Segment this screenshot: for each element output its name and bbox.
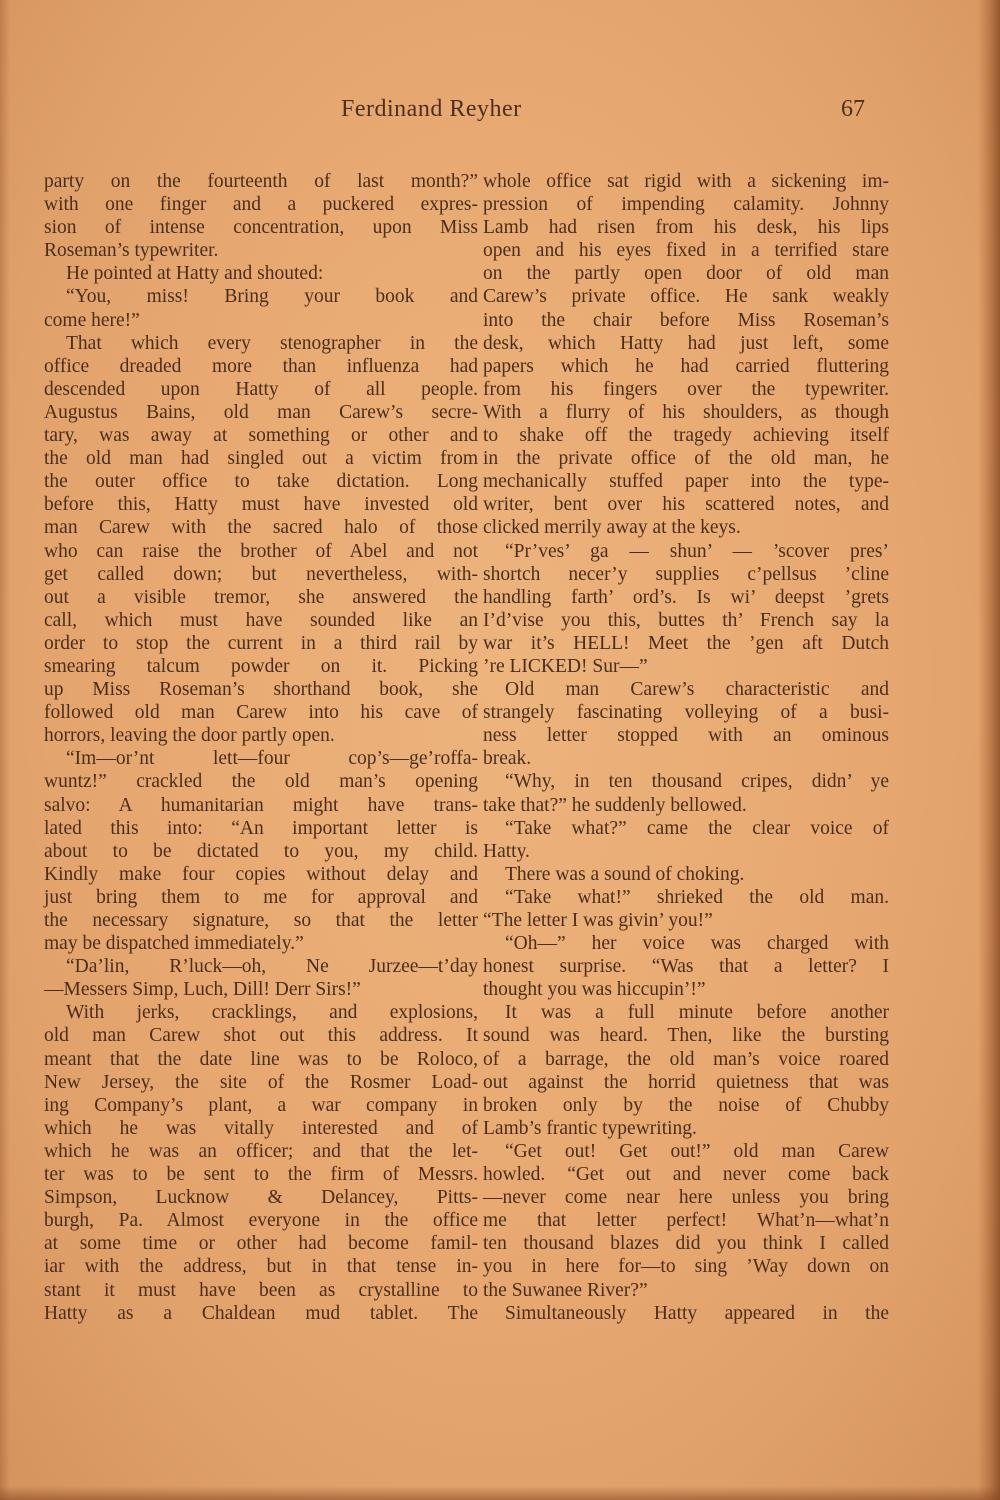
- text-line: whole office sat rigid with a sickening …: [483, 170, 889, 193]
- paragraph: “Da’lin, R’luck—oh, Ne Jurzee—t’day—Mess…: [44, 955, 478, 1001]
- text-line: take that?” he suddenly bellowed.: [483, 794, 889, 817]
- text-line: desk, which Hatty had just left, some: [483, 332, 889, 355]
- text-line: ’re LICKED! Sur—”: [483, 655, 889, 678]
- text-line: handling farth’ ord’s. Is wi’ deepst ’gr…: [483, 586, 889, 609]
- text-line: break.: [483, 747, 889, 770]
- text-line: I’d’vise you this, buttes th’ French say…: [483, 609, 889, 632]
- paragraph: Simultaneously Hatty appeared in the: [483, 1302, 889, 1325]
- text-line: old man Carew shot out this address. It: [44, 1024, 478, 1047]
- text-line: Hatty.: [483, 840, 889, 863]
- text-line: get called down; but nevertheless, with-: [44, 563, 478, 586]
- text-line: the old man had singled out a victim fro…: [44, 447, 478, 470]
- text-line: ness letter stopped with an ominous: [483, 724, 889, 747]
- text-line: clicked merrily away at the keys.: [483, 516, 889, 539]
- paragraph: With jerks, cracklings, and explosions,o…: [44, 1001, 478, 1324]
- text-line: shortch necer’y supplies c’pellsus ’clin…: [483, 563, 889, 586]
- text-line: the necessary signature, so that the let…: [44, 909, 478, 932]
- page-number: 67: [841, 96, 865, 123]
- text-line: you in here for—to sing ’Way down on: [483, 1255, 889, 1278]
- text-line: thought you was hiccupin’!”: [483, 978, 889, 1001]
- text-line: open and his eyes fixed in a terrified s…: [483, 239, 889, 262]
- paragraph: “You, miss! Bring your book andcome here…: [44, 285, 478, 331]
- text-line: —Messers Simp, Luch, Dill! Derr Sirs!”: [44, 978, 478, 1001]
- text-line: Roseman’s typewriter.: [44, 239, 478, 262]
- text-line: —never come near here unless you bring: [483, 1186, 889, 1209]
- text-line: writer, bent over his scattered notes, a…: [483, 493, 889, 516]
- text-line: With a flurry of his shoulders, as thoug…: [483, 401, 889, 424]
- text-line: pression of impending calamity. Johnny: [483, 193, 889, 216]
- text-line: man Carew with the sacred halo of those: [44, 516, 478, 539]
- text-line: before this, Hatty must have invested ol…: [44, 493, 478, 516]
- text-line: broken only by the noise of Chubby: [483, 1094, 889, 1117]
- text-line: ter was to be sent to the firm of Messrs…: [44, 1163, 478, 1186]
- text-line: office dreaded more than influenza had: [44, 355, 478, 378]
- text-line: the outer office to take dictation. Long: [44, 470, 478, 493]
- paragraph: “Why, in ten thousand cripes, didn’ yeta…: [483, 770, 889, 816]
- text-line: of a barrage, the old man’s voice roared: [483, 1048, 889, 1071]
- running-header: Ferdinand Reyher 67: [0, 96, 1000, 126]
- text-line: He pointed at Hatty and shouted:: [44, 262, 478, 285]
- text-line: me that letter perfect! What’n—what’n: [483, 1209, 889, 1232]
- text-line: Simpson, Lucknow & Delancey, Pitts-: [44, 1186, 478, 1209]
- text-line: “The letter I was givin’ you!”: [483, 909, 889, 932]
- text-line: up Miss Roseman’s shorthand book, she: [44, 678, 478, 701]
- text-line: ing Company’s plant, a war company in: [44, 1094, 478, 1117]
- text-line: “Get out! Get out!” old man Carew: [483, 1140, 889, 1163]
- paragraph: There was a sound of choking.: [483, 863, 889, 886]
- text-line: in the private office of the old man, he: [483, 447, 889, 470]
- text-line: come here!”: [44, 309, 478, 332]
- text-line: Lamb’s frantic typewriting.: [483, 1117, 889, 1140]
- text-line: who can raise the brother of Abel and no…: [44, 540, 478, 563]
- text-line: out a visible tremor, she answered the: [44, 586, 478, 609]
- text-line: followed old man Carew into his cave of: [44, 701, 478, 724]
- text-line: at some time or other had become famil-: [44, 1232, 478, 1255]
- paragraph: “Get out! Get out!” old man Carewhowled.…: [483, 1140, 889, 1302]
- text-line: descended upon Hatty of all people.: [44, 378, 478, 401]
- text-line: “Da’lin, R’luck—oh, Ne Jurzee—t’day: [44, 955, 478, 978]
- paragraph: “Pr’ves’ ga — shun’ — ’scover pres’short…: [483, 540, 889, 679]
- text-line: stant it must have been as crystalline t…: [44, 1279, 478, 1302]
- text-line: Hatty as a Chaldean mud tablet. The: [44, 1302, 478, 1325]
- text-line: “Im—or’nt lett—four cop’s—ge’roffa-: [44, 747, 478, 770]
- paragraph: whole office sat rigid with a sickening …: [483, 170, 889, 540]
- text-line: “Oh—” her voice was charged with: [483, 932, 889, 955]
- text-line: sound was heard. Then, like the bursting: [483, 1024, 889, 1047]
- text-line: on the partly open door of old man: [483, 262, 889, 285]
- text-line: about to be dictated to you, my child.: [44, 840, 478, 863]
- paragraph: “Im—or’nt lett—four cop’s—ge’roffa-wuntz…: [44, 747, 478, 955]
- text-line: from his fingers over the typewriter.: [483, 378, 889, 401]
- page-edge-bottom: [0, 1486, 1000, 1500]
- text-line: It was a full minute before another: [483, 1001, 889, 1024]
- paragraph: Old man Carew’s characteristic andstrang…: [483, 678, 889, 770]
- paragraph: “Oh—” her voice was charged withhonest s…: [483, 932, 889, 1001]
- text-line: Simultaneously Hatty appeared in the: [483, 1302, 889, 1325]
- text-line: which he was vitally interested and of: [44, 1117, 478, 1140]
- text-column-left: party on the fourteenth of last month?”w…: [44, 170, 478, 1325]
- text-line: With jerks, cracklings, and explosions,: [44, 1001, 478, 1024]
- text-line: lated this into: “An important letter is: [44, 817, 478, 840]
- text-line: Kindly make four copies without delay an…: [44, 863, 478, 886]
- page-edge-left: [0, 0, 10, 1500]
- text-line: into the chair before Miss Roseman’s: [483, 309, 889, 332]
- text-line: just bring them to me for approval and: [44, 886, 478, 909]
- text-line: “You, miss! Bring your book and: [44, 285, 478, 308]
- text-line: smearing talcum powder on it. Picking: [44, 655, 478, 678]
- text-line: iar with the address, but in that tense …: [44, 1255, 478, 1278]
- text-line: papers which he had carried fluttering: [483, 355, 889, 378]
- text-line: horrors, leaving the door partly open.: [44, 724, 478, 747]
- text-line: honest surprise. “Was that a letter? I: [483, 955, 889, 978]
- running-title: Ferdinand Reyher: [341, 96, 522, 123]
- text-line: burgh, Pa. Almost everyone in the office: [44, 1209, 478, 1232]
- book-page: Ferdinand Reyher 67 party on the fourtee…: [0, 0, 1000, 1500]
- text-line: Augustus Bains, old man Carew’s secre-: [44, 401, 478, 424]
- text-line: meant that the date line was to be Roloc…: [44, 1048, 478, 1071]
- text-line: Old man Carew’s characteristic and: [483, 678, 889, 701]
- text-line: war it’s HELL! Meet the ’gen aft Dutch: [483, 632, 889, 655]
- text-column-right: whole office sat rigid with a sickening …: [483, 170, 889, 1325]
- text-line: order to stop the current in a third rai…: [44, 632, 478, 655]
- text-line: “Pr’ves’ ga — shun’ — ’scover pres’: [483, 540, 889, 563]
- text-line: “Take what!” shrieked the old man.: [483, 886, 889, 909]
- paragraph: It was a full minute before anothersound…: [483, 1001, 889, 1140]
- text-line: with one finger and a puckered expres-: [44, 193, 478, 216]
- text-line: ten thousand blazes did you think I call…: [483, 1232, 889, 1255]
- text-line: That which every stenographer in the: [44, 332, 478, 355]
- text-line: mechanically stuffed paper into the type…: [483, 470, 889, 493]
- text-line: which he was an officer; and that the le…: [44, 1140, 478, 1163]
- text-line: salvo: A humanitarian might have trans-: [44, 794, 478, 817]
- text-line: the Suwanee River?”: [483, 1279, 889, 1302]
- text-line: call, which must have sounded like an: [44, 609, 478, 632]
- text-line: may be dispatched immediately.”: [44, 932, 478, 955]
- text-line: wuntz!” crackled the old man’s opening: [44, 770, 478, 793]
- paragraph: That which every stenographer in theoffi…: [44, 332, 478, 748]
- paragraph: “Take what?” came the clear voice ofHatt…: [483, 817, 889, 863]
- paragraph: He pointed at Hatty and shouted:: [44, 262, 478, 285]
- text-line: “Take what?” came the clear voice of: [483, 817, 889, 840]
- text-line: party on the fourteenth of last month?”: [44, 170, 478, 193]
- text-line: strangely fascinating volleying of a bus…: [483, 701, 889, 724]
- paragraph: “Take what!” shrieked the old man.“The l…: [483, 886, 889, 932]
- text-line: out against the horrid quietness that wa…: [483, 1071, 889, 1094]
- text-line: to shake off the tragedy achieving itsel…: [483, 424, 889, 447]
- text-line: Lamb had risen from his desk, his lips: [483, 216, 889, 239]
- text-line: howled. “Get out and never come back: [483, 1163, 889, 1186]
- text-line: There was a sound of choking.: [483, 863, 889, 886]
- paragraph: party on the fourteenth of last month?”w…: [44, 170, 478, 262]
- text-line: tary, was away at something or other and: [44, 424, 478, 447]
- text-line: sion of intense concentration, upon Miss: [44, 216, 478, 239]
- text-line: Carew’s private office. He sank weakly: [483, 285, 889, 308]
- page-edge-right: [978, 0, 1000, 1500]
- text-line: “Why, in ten thousand cripes, didn’ ye: [483, 770, 889, 793]
- text-line: New Jersey, the site of the Rosmer Load-: [44, 1071, 478, 1094]
